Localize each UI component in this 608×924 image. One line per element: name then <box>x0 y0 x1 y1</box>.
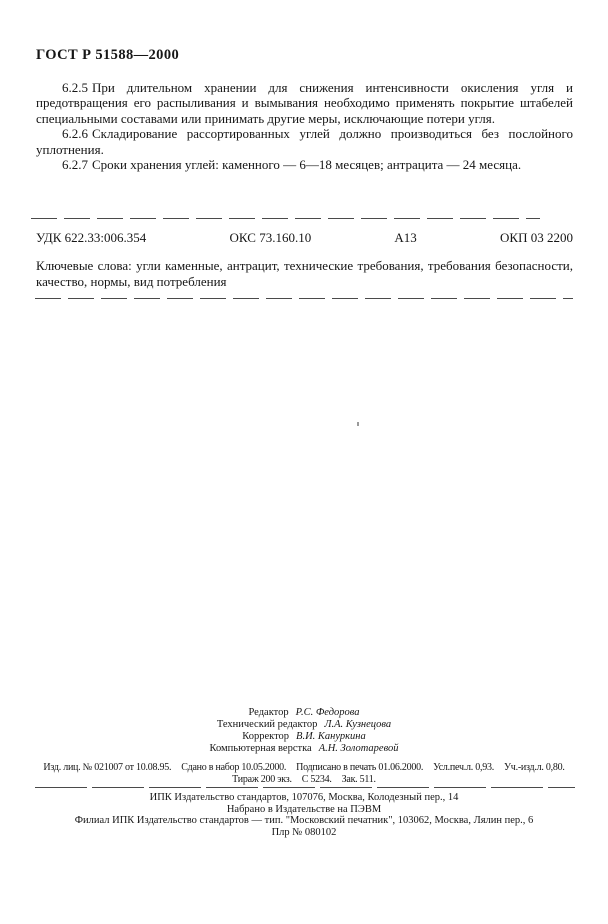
clause-6-2-7: 6.2.7Сроки хранения углей: каменного — 6… <box>36 157 573 172</box>
clauses-section: 6.2.5При длительном хранении для снижени… <box>36 80 573 172</box>
clause-6-2-5: 6.2.5При длительном хранении для снижени… <box>36 80 573 126</box>
credits-block: РедакторР.С. Федорова Технический редакт… <box>20 707 588 754</box>
gost-document-page: ГОСТ Р 51588—2000 6.2.5При длительном хр… <box>0 0 608 924</box>
credit-name: Л.А. Кузнецова <box>324 719 391 730</box>
c-number: С 5234. <box>302 774 332 786</box>
keywords-divider-line <box>35 298 573 299</box>
imprint-line-1: Изд. лиц. № 021007 от 10.08.95. Сдано в … <box>16 762 592 774</box>
plr-number: Плр № 080102 <box>20 827 588 838</box>
credit-role: Редактор <box>248 707 288 718</box>
publisher-block: ИПК Издательство стандартов, 107076, Мос… <box>20 792 588 838</box>
udk-code: УДК 622.33:006.354 <box>36 230 146 246</box>
clause-number: 6.2.7 <box>62 157 92 172</box>
clause-text: Сроки хранения углей: каменного — 6—18 м… <box>92 157 521 172</box>
credit-line-editor: РедакторР.С. Федорова <box>20 707 588 719</box>
okp-code: ОКП 03 2200 <box>500 230 573 246</box>
credit-name: В.И. Кануркина <box>296 731 366 742</box>
clause-number: 6.2.6 <box>62 126 92 141</box>
print-date: Подписано в печать 01.06.2000. <box>296 762 423 774</box>
typeset-note: Набрано в Издательстве на ПЭВМ <box>20 804 588 815</box>
clause-6-2-6: 6.2.6Складирование рассортированных угле… <box>36 126 573 157</box>
print-branch-address: Филиал ИПК Издательство стандартов — тип… <box>20 815 588 826</box>
credit-line-typesetting: Компьютерная версткаА.Н. Золотаревой <box>20 743 588 755</box>
credit-role: Технический редактор <box>217 719 318 730</box>
credit-line-technical-editor: Технический редакторЛ.А. Кузнецова <box>20 719 588 731</box>
scan-artifact-dot <box>357 422 359 426</box>
oks-code: ОКС 73.160.10 <box>230 230 312 246</box>
press-sheets: Усл.печ.л. 0,93. <box>433 762 494 774</box>
clause-text: При длительном хранении для снижения инт… <box>36 80 573 126</box>
typeset-date: Сдано в набор 10.05.2000. <box>181 762 286 774</box>
credit-line-proofreader: КорректорВ.И. Кануркина <box>20 731 588 743</box>
credit-name: Р.С. Федорова <box>296 707 360 718</box>
section-divider-line <box>31 218 540 219</box>
print-run: Тираж 200 экз. <box>232 774 292 786</box>
imprint-block: Изд. лиц. № 021007 от 10.08.95. Сдано в … <box>16 762 592 786</box>
credit-name: А.Н. Золотаревой <box>319 743 399 754</box>
keywords-paragraph: Ключевые слова: угли каменные, антрацит,… <box>36 258 573 289</box>
credit-role: Корректор <box>242 731 289 742</box>
publisher-sheets: Уч.-изд.л. 0,80. <box>504 762 565 774</box>
imprint-line-2: Тираж 200 экз. С 5234. Зак. 511. <box>16 774 592 786</box>
publisher-address: ИПК Издательство стандартов, 107076, Мос… <box>20 792 588 803</box>
license-info: Изд. лиц. № 021007 от 10.08.95. <box>43 762 171 774</box>
order-number: Зак. 511. <box>342 774 376 786</box>
clause-number: 6.2.5 <box>62 80 92 95</box>
classification-codes-row: УДК 622.33:006.354 ОКС 73.160.10 А13 ОКП… <box>36 230 573 246</box>
doc-code-header: ГОСТ Р 51588—2000 <box>36 47 573 64</box>
imprint-divider-line <box>35 787 575 788</box>
group-code: А13 <box>394 230 416 246</box>
clause-text: Складирование рассортированных углей дол… <box>36 126 573 156</box>
credit-role: Компьютерная верстка <box>210 743 312 754</box>
